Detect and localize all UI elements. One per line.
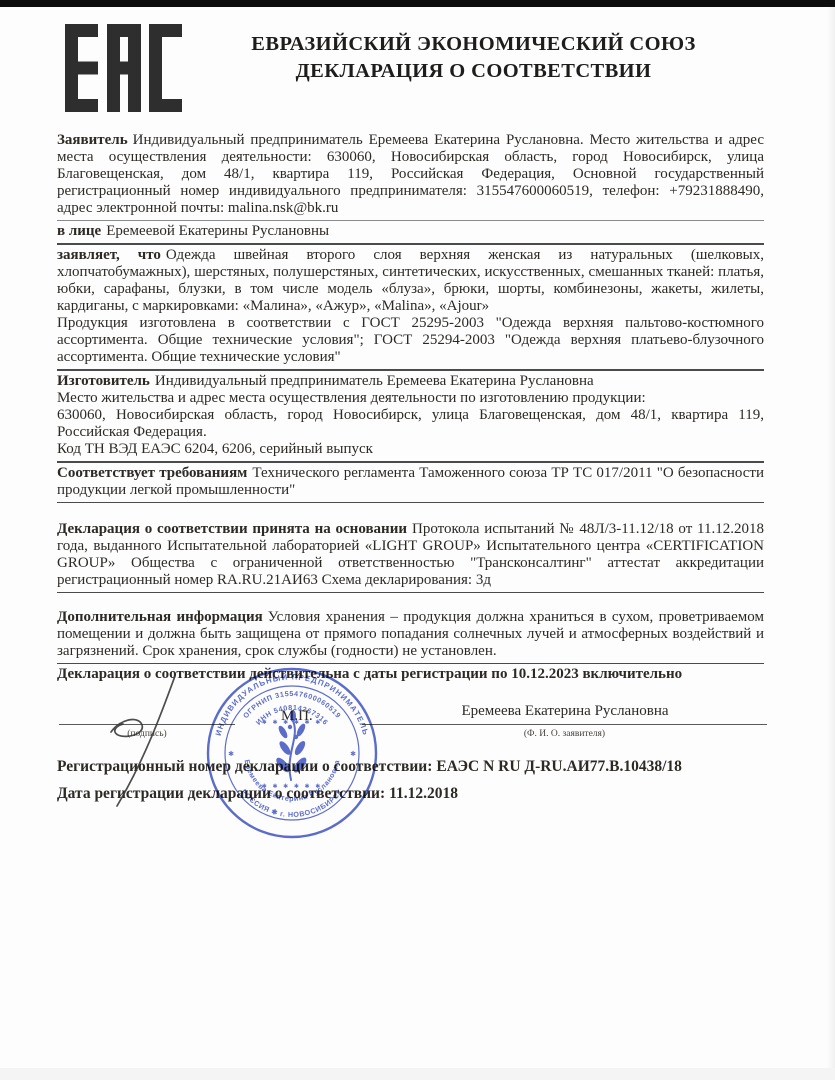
stamp-city-text: РОССИЯ ✱ г. НОВОСИБИРСК (239, 787, 344, 819)
stamp-star-right: ✱ (350, 750, 356, 758)
eac-mark-logo (57, 24, 183, 116)
applicant-fio: Еремеева Екатерина Руслановна (365, 703, 765, 720)
section-manufacturer: ИзготовительИндивидуальный предпринимате… (57, 371, 764, 463)
round-stamp: ИНДИВИДУАЛЬНЫЙ ПРЕДПРИНИМАТЕЛЬ ОГРНИП 31… (203, 664, 381, 842)
scan-right-edge (827, 7, 835, 1068)
representative-label: в лице (57, 223, 101, 239)
document-content: ЕВРАЗИЙСКИЙ ЭКОНОМИЧЕСКИЙ СОЮЗ ДЕКЛАРАЦИ… (57, 7, 764, 802)
document-body: ЗаявительИндивидуальный предприниматель … (57, 130, 764, 802)
registration-date-value: 11.12.2018 (389, 785, 458, 802)
scanned-declaration-page: ЕВРАЗИЙСКИЙ ЭКОНОМИЧЕСКИЙ СОЮЗ ДЕКЛАРАЦИ… (0, 0, 835, 1080)
manufacturer-address-intro: Место жительства и адрес места осуществл… (57, 390, 764, 407)
section-additional-info: Дополнительная информацияУсловия хранени… (57, 607, 764, 664)
svg-text:РОССИЯ ✱ г. НОВОСИБИРСК: РОССИЯ ✱ г. НОВОСИБИРСК (239, 787, 344, 819)
declaration-product: заявляет, чтоОдежда швейная второго слоя… (57, 247, 764, 315)
section-compliance: Соответствует требованиямТехнического ре… (57, 463, 764, 503)
eac-mark-icon (65, 24, 183, 112)
manufacturer-name: ИзготовительИндивидуальный предпринимате… (57, 373, 764, 390)
stamp-name-text: Еремеева Екатерина Руслановна (243, 758, 342, 803)
manufacturer-label: Изготовитель (57, 373, 150, 389)
handwritten-signature (87, 674, 227, 814)
section-basis: Декларация о соответствии принята на осн… (57, 519, 764, 593)
document-header: ЕВРАЗИЙСКИЙ ЭКОНОМИЧЕСКИЙ СОЮЗ ДЕКЛАРАЦИ… (57, 24, 764, 116)
title-union: ЕВРАЗИЙСКИЙ ЭКОНОМИЧЕСКИЙ СОЮЗ (183, 31, 764, 58)
registration-number-value: ЕАЭС N RU Д-RU.АИ77.В.10438/18 (436, 758, 682, 775)
additional-info-label: Дополнительная информация (57, 609, 263, 625)
scan-top-edge (0, 0, 835, 7)
stamp-star-left: ✱ (228, 750, 234, 758)
declaration-label: заявляет, что (57, 247, 161, 263)
applicant-text: Индивидуальный предприниматель Еремеева … (57, 132, 764, 216)
applicant-label: Заявитель (57, 132, 128, 148)
manufacturer-tnved: Код ТН ВЭД ЕАЭС 6204, 6206, серийный вып… (57, 441, 764, 458)
manufacturer-address: 630060, Новосибирская область, город Нов… (57, 407, 764, 441)
signature-block: ИНДИВИДУАЛЬНЫЙ ПРЕДПРИНИМАТЕЛЬ ОГРНИП 31… (57, 694, 764, 746)
declaration-standards: Продукция изготовлена в соответствии с Г… (57, 315, 764, 366)
manufacturer-text: Индивидуальный предприниматель Еремеева … (155, 373, 594, 389)
section-declaration: заявляет, чтоОдежда швейная второго слоя… (57, 245, 764, 371)
basis-label: Декларация о соответствии принята на осн… (57, 521, 407, 537)
fio-caption: (Ф. И. О. заявителя) (362, 726, 767, 743)
representative-text: Еремеевой Екатерины Руслановны (106, 223, 329, 239)
fio-line (362, 724, 767, 725)
document-title: ЕВРАЗИЙСКИЙ ЭКОНОМИЧЕСКИЙ СОЮЗ ДЕКЛАРАЦИ… (183, 24, 764, 116)
compliance-label: Соответствует требованиям (57, 465, 247, 481)
section-representative: в лицеЕремеевой Екатерины Руслановны (57, 221, 764, 245)
stamp-stars-bottom: ✱ ✱ ✱ ✱ ✱ ✱ (262, 783, 323, 790)
title-doc-type: ДЕКЛАРАЦИЯ О СООТВЕТСТВИИ (183, 58, 764, 85)
svg-text:Еремеева Екатерина Руслановна: Еремеева Екатерина Руслановна (243, 758, 342, 803)
section-applicant: ЗаявительИндивидуальный предприниматель … (57, 130, 764, 221)
scan-bottom-edge (0, 1068, 835, 1080)
declaration-text: Одежда швейная второго слоя верхняя женс… (57, 247, 764, 314)
